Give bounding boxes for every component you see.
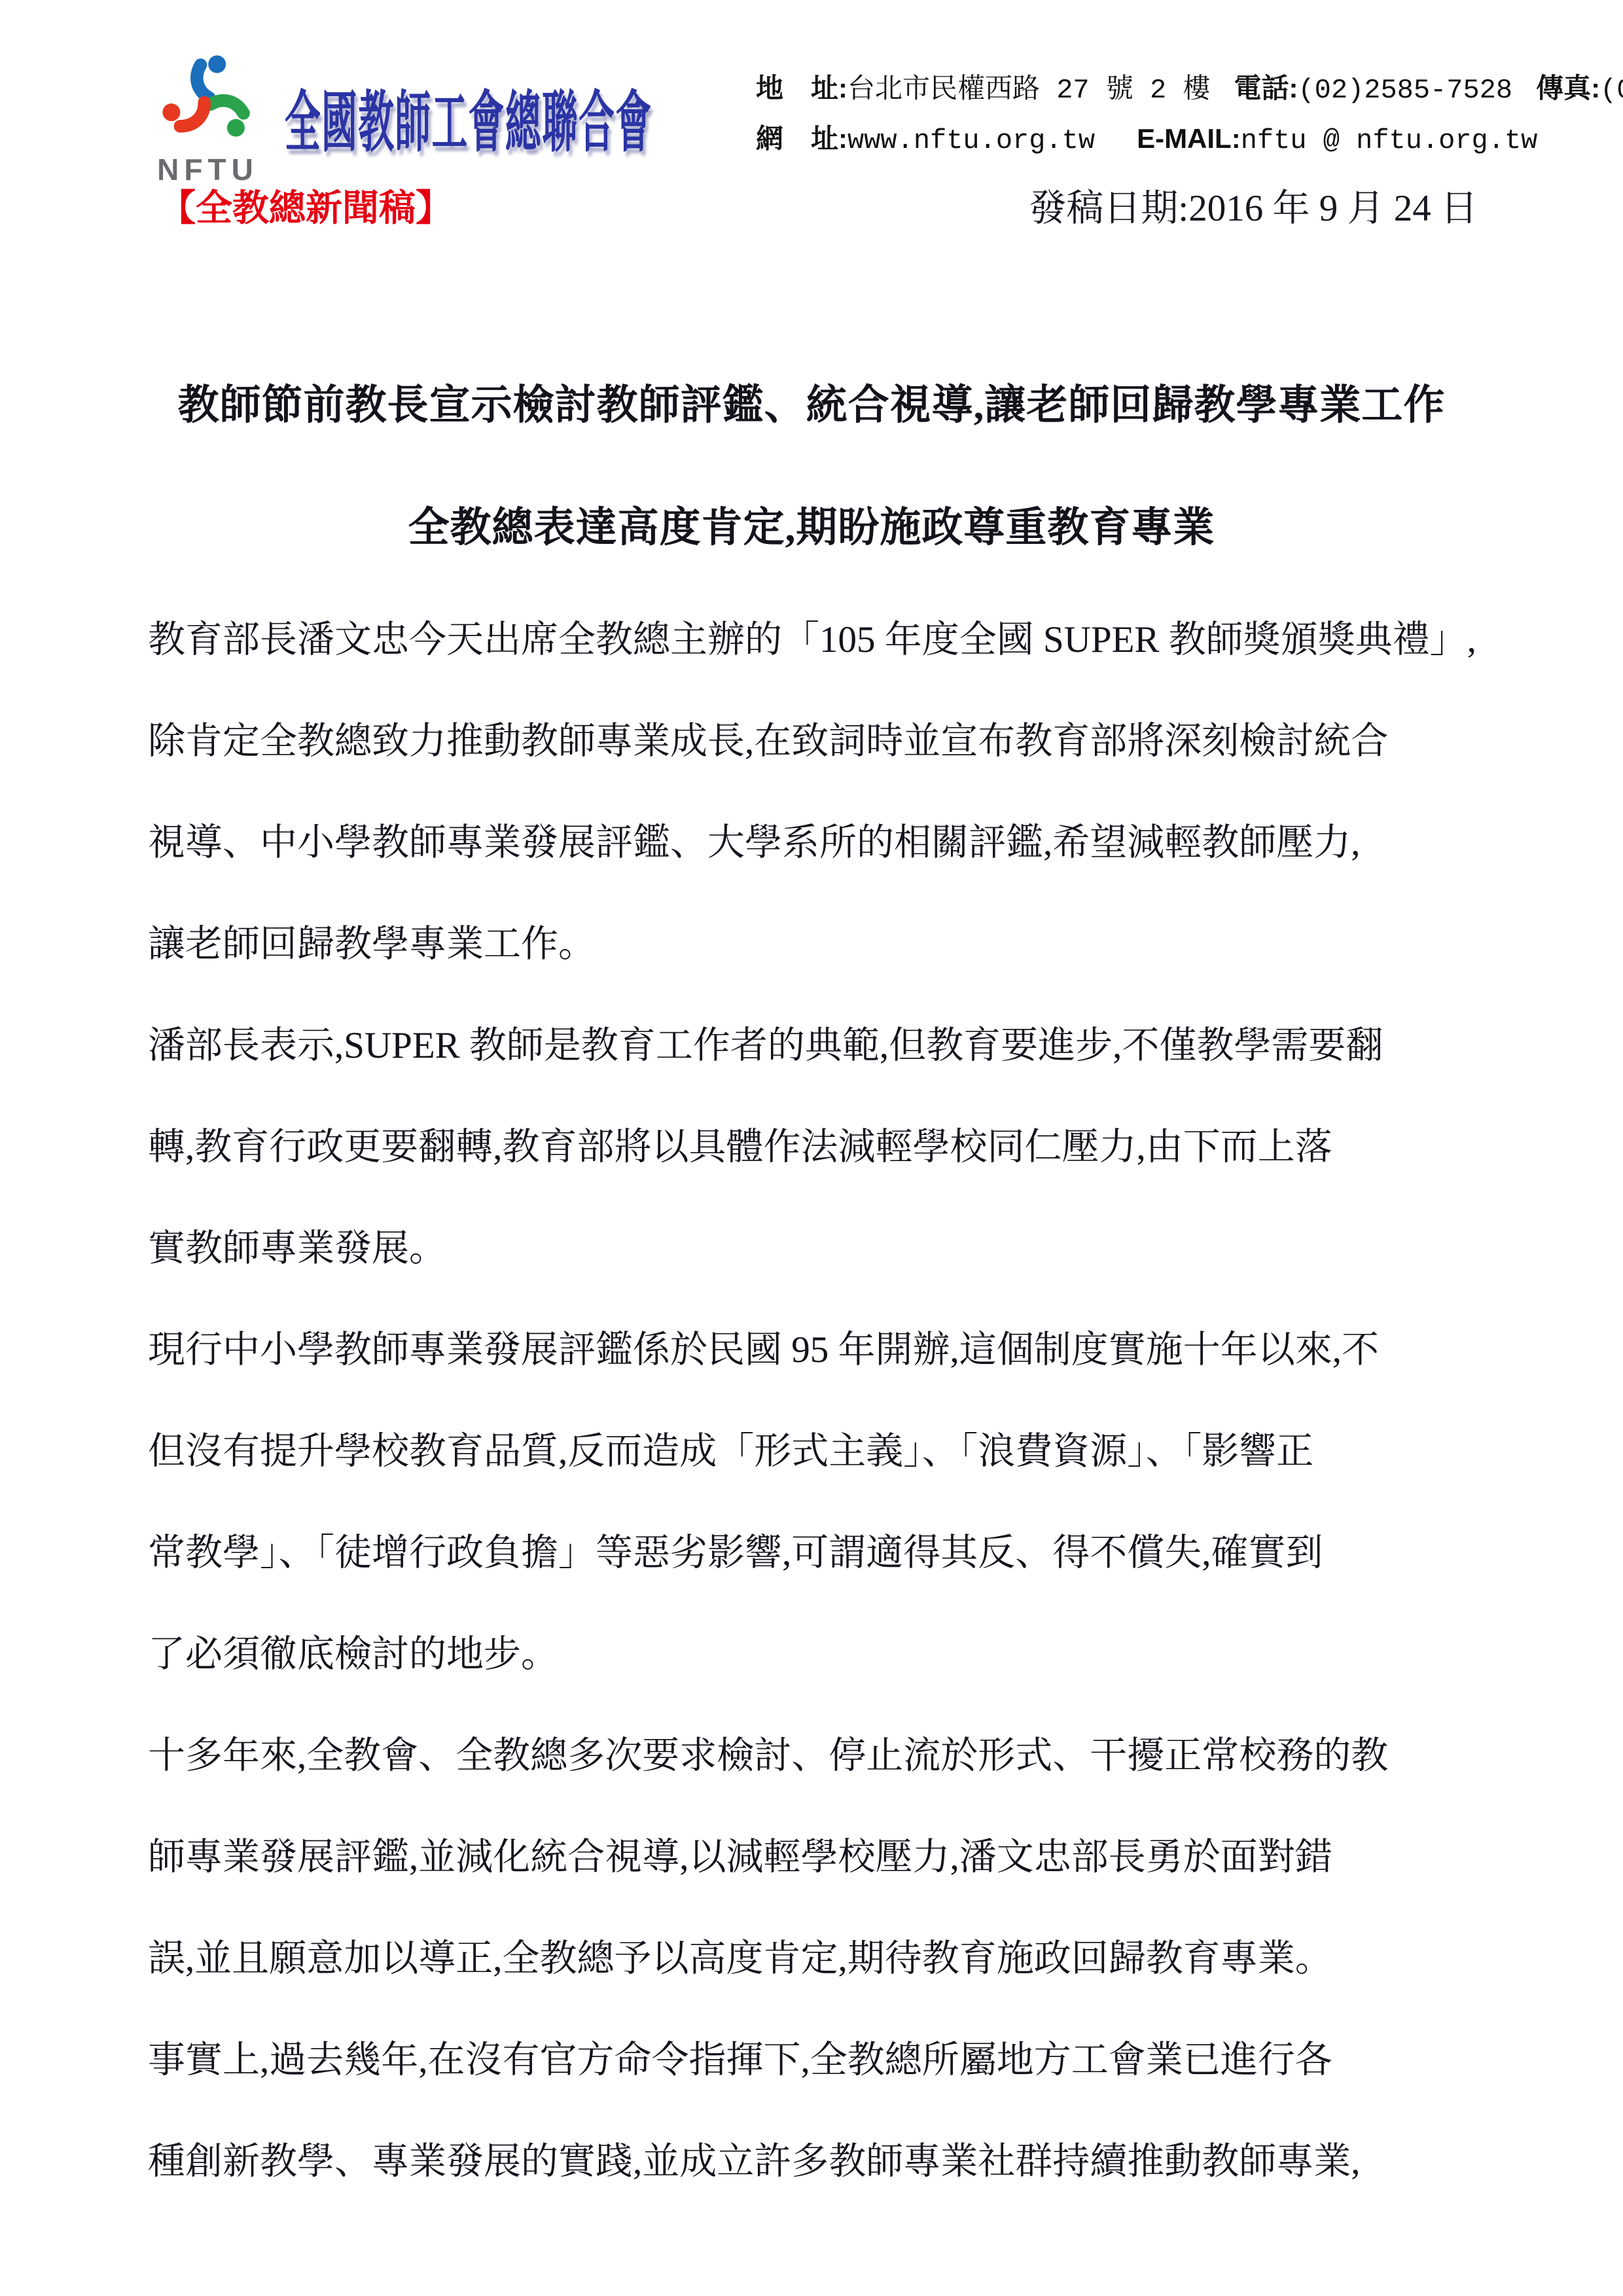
contact-line-1: 地 址:台北市民權西路 27 號 2 樓電話:(02)2585-7528傳真:(… bbox=[756, 64, 1623, 115]
press-release-page: NFTU 全國教師工會總聯合會 地 址:台北市民權西路 27 號 2 樓電話:(… bbox=[0, 0, 1623, 2296]
title-line-1: 教師節前教長宣示檢討教師評鑑、統合視導,讓老師回歸教學專業工作 bbox=[147, 372, 1476, 431]
body-line: 種創新教學、專業發展的實踐,並成立許多教師專業社群持續推動教師專業, bbox=[148, 2111, 1479, 2212]
body-line: 事實上,過去幾年,在沒有官方命令指揮下,全教總所屬地方工會業已進行各 bbox=[148, 2009, 1479, 2111]
body-line: 教育部長潘文忠今天出席全教總主辦的「105 年度全國 SUPER 教師獎頒獎典禮… bbox=[148, 589, 1479, 691]
contact-line-2: 網 址:www.nftu.org.twE-MAIL:nftu @ nftu.or… bbox=[756, 115, 1623, 165]
body-line: 讓老師回歸教學專業工作。 bbox=[148, 893, 1479, 995]
body-line: 了必須徹底檢討的地步。 bbox=[148, 1604, 1479, 1705]
body-line: 誤,並且願意加以導正,全教總予以高度肯定,期待教育施政回歸教育專業。 bbox=[148, 1908, 1479, 2009]
body-line: 實教師專業發展。 bbox=[148, 1198, 1479, 1299]
title-block: 教師節前教長宣示檢討教師評鑑、統合視導,讓老師回歸教學專業工作 全教總表達高度肯… bbox=[147, 372, 1476, 554]
email-value: nftu @ nftu.org.tw bbox=[1241, 125, 1538, 156]
nftu-logo-icon: NFTU bbox=[131, 52, 285, 187]
title-line-2: 全教總表達高度肯定,期盼施政尊重教育專業 bbox=[147, 494, 1476, 554]
press-release-tag: 【全教總新聞稿】 bbox=[159, 179, 452, 232]
release-date-label: 發稿日期: bbox=[1029, 188, 1188, 229]
page-header: NFTU 全國教師工會總聯合會 地 址:台北市民權西路 27 號 2 樓電話:(… bbox=[131, 52, 1480, 187]
body-line: 潘部長表示,SUPER 教師是教育工作者的典範,但教育要進步,不僅教學需要翻 bbox=[148, 995, 1479, 1096]
body-line: 除肯定全教總致力推動教師專業成長,在致詞時並宣布教育部將深刻檢討統合 bbox=[148, 691, 1479, 792]
release-date: 發稿日期:2016 年 9 月 24 日 bbox=[1029, 178, 1478, 232]
website-label: 網 址: bbox=[756, 123, 847, 154]
body-line: 現行中小學教師專業發展評鑑係於民國 95 年開辦,這個制度實施十年以來,不 bbox=[148, 1299, 1479, 1401]
address-label: 地 址: bbox=[756, 73, 847, 103]
body-text: 教育部長潘文忠今天出席全教總主辦的「105 年度全國 SUPER 教師獎頒獎典禮… bbox=[148, 589, 1479, 2212]
org-name: 全國教師工會總聯合會 bbox=[285, 69, 652, 165]
website-value: www.nftu.org.tw bbox=[847, 125, 1095, 156]
email-label: E-MAIL: bbox=[1137, 123, 1241, 154]
contact-info: 地 址:台北市民權西路 27 號 2 樓電話:(02)2585-7528傳真:(… bbox=[756, 64, 1623, 165]
body-line: 十多年來,全教會、全教總多次要求檢討、停止流於形式、干擾正常校務的教 bbox=[148, 1705, 1479, 1806]
body-line: 但沒有提升學校教育品質,反而造成「形式主義」、「浪費資源」、「影響正 bbox=[148, 1401, 1479, 1502]
fax-label: 傳真: bbox=[1536, 73, 1600, 103]
body-line: 視導、中小學教師專業發展評鑑、大學系所的相關評鑑,希望減輕教師壓力, bbox=[148, 792, 1479, 893]
meta-row: 【全教總新聞稿】 發稿日期:2016 年 9 月 24 日 bbox=[159, 178, 1478, 232]
phone-value: (02)2585-7528 bbox=[1298, 75, 1512, 106]
body-line: 轉,教育行政更要翻轉,教育部將以具體作法減輕學校同仁壓力,由下而上落 bbox=[148, 1096, 1479, 1198]
body-line: 師專業發展評鑑,並減化統合視導,以減輕學校壓力,潘文忠部長勇於面對錯 bbox=[148, 1806, 1479, 1908]
nftu-logo: NFTU 全國教師工會總聯合會 bbox=[131, 52, 756, 187]
release-date-value: 2016 年 9 月 24 日 bbox=[1188, 188, 1478, 229]
fax-value: (02)2585-7559 bbox=[1600, 75, 1623, 106]
body-line: 常教學」、「徒增行政負擔」等惡劣影響,可謂適得其反、得不償失,確實到 bbox=[148, 1502, 1479, 1604]
phone-label: 電話: bbox=[1234, 73, 1298, 103]
address-value: 台北市民權西路 27 號 2 樓 bbox=[847, 75, 1210, 106]
